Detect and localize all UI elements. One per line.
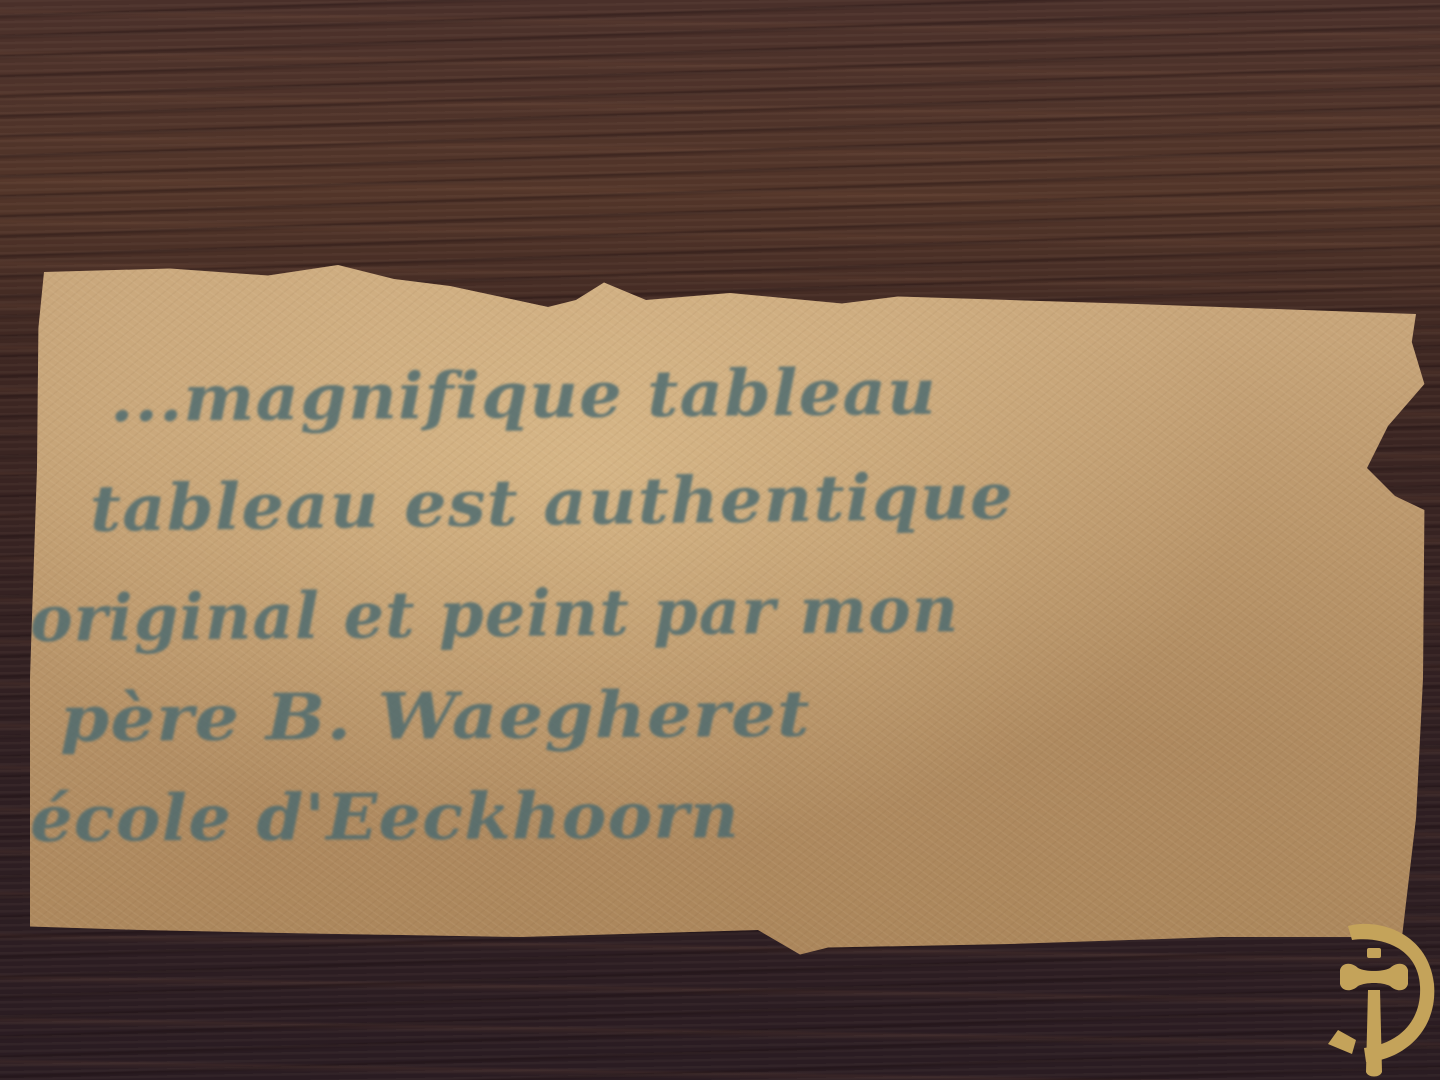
handwriting-line-4: père B. Waegheret <box>60 683 811 752</box>
auction-gavel-logo-icon <box>1318 912 1440 1080</box>
handwriting-line-3: original et peint par mon <box>30 578 960 652</box>
handwriting-line-5: école d'Eeckhoorn <box>30 784 740 852</box>
photo-scene: ...magnifique tableau tableau est authen… <box>0 0 1440 1080</box>
handwriting-line-1: ...magnifique tableau <box>110 361 937 432</box>
paper-label: ...magnifique tableau tableau est authen… <box>30 258 1430 958</box>
handwriting-line-2: tableau est authentique <box>90 465 1015 542</box>
